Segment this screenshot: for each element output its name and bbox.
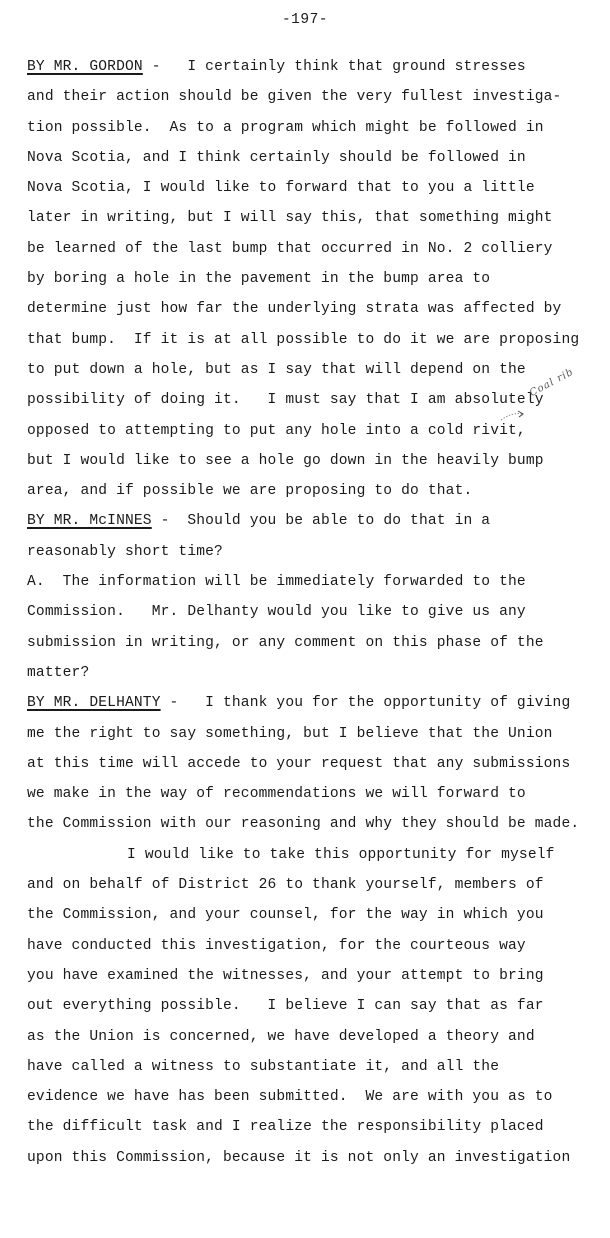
- line-text: that bump. If it is at all possible to d…: [27, 332, 579, 348]
- line-text: be learned of the last bump that occurre…: [27, 241, 553, 257]
- line-text: later in writing, but I will say this, t…: [27, 210, 553, 226]
- line-text: area, and if possible we are proposing t…: [27, 483, 472, 499]
- line-text: possibility of doing it. I must say that…: [27, 392, 544, 408]
- line-text: submission in writing, or any comment on…: [27, 635, 544, 651]
- page-number: -197-: [0, 12, 610, 28]
- transcript-line: we make in the way of recommendations we…: [27, 783, 602, 813]
- line-text: the Commission with our reasoning and wh…: [27, 816, 579, 832]
- transcript-line: opposed to attempting to put any hole in…: [27, 420, 602, 450]
- transcript-line: area, and if possible we are proposing t…: [27, 480, 602, 510]
- transcript-line: later in writing, but I will say this, t…: [27, 207, 602, 237]
- transcript-line: and their action should be given the ver…: [27, 86, 602, 116]
- line-text: Nova Scotia, I would like to forward tha…: [27, 180, 535, 196]
- line-text: opposed to attempting to put any hole in…: [27, 423, 526, 439]
- line-text: as the Union is concerned, we have devel…: [27, 1029, 535, 1045]
- transcript-line: A. The information will be immediately f…: [27, 571, 602, 601]
- transcript-line: Nova Scotia, and I think certainly shoul…: [27, 147, 602, 177]
- line-text: we make in the way of recommendations we…: [27, 786, 526, 802]
- transcript-line: and on behalf of District 26 to thank yo…: [27, 874, 602, 904]
- line-text: reasonably short time?: [27, 544, 223, 560]
- line-text: Nova Scotia, and I think certainly shoul…: [27, 150, 526, 166]
- transcript-line: I would like to take this opportunity fo…: [27, 844, 602, 874]
- line-text: to put down a hole, but as I say that wi…: [27, 362, 526, 378]
- speaker-label: BY MR. McINNES: [27, 513, 152, 529]
- transcript-line: me the right to say something, but I bel…: [27, 723, 602, 753]
- document-page: -197- BY MR. GORDON - I certainly think …: [0, 0, 610, 1238]
- line-text: at this time will accede to your request…: [27, 756, 570, 772]
- transcript-line: matter?: [27, 662, 602, 692]
- transcript-line: Commission. Mr. Delhanty would you like …: [27, 601, 602, 631]
- line-text: have conducted this investigation, for t…: [27, 938, 526, 954]
- transcript-line: upon this Commission, because it is not …: [27, 1147, 602, 1177]
- line-text: - I thank you for the opportunity of giv…: [161, 695, 571, 711]
- transcript-line: the Commission with our reasoning and wh…: [27, 813, 602, 843]
- transcript-line: as the Union is concerned, we have devel…: [27, 1026, 602, 1056]
- line-text: tion possible. As to a program which mig…: [27, 120, 544, 136]
- line-text: you have examined the witnesses, and you…: [27, 968, 544, 984]
- transcript-line: have conducted this investigation, for t…: [27, 935, 602, 965]
- speaker-label: BY MR. GORDON: [27, 59, 143, 75]
- line-text: but I would like to see a hole go down i…: [27, 453, 544, 469]
- line-text: upon this Commission, because it is not …: [27, 1150, 570, 1166]
- transcript-line: BY MR. GORDON - I certainly think that g…: [27, 56, 602, 86]
- line-text: the difficult task and I realize the res…: [27, 1119, 544, 1135]
- transcript-line: by boring a hole in the pavement in the …: [27, 268, 602, 298]
- transcript-line: submission in writing, or any comment on…: [27, 632, 602, 662]
- transcript-line: reasonably short time?: [27, 541, 602, 571]
- transcript-line: evidence we have has been submitted. We …: [27, 1086, 602, 1116]
- line-text: - Should you be able to do that in a: [152, 513, 491, 529]
- transcript-line: BY MR. McINNES - Should you be able to d…: [27, 510, 602, 540]
- transcript-line: at this time will accede to your request…: [27, 753, 602, 783]
- line-text: evidence we have has been submitted. We …: [27, 1089, 553, 1105]
- line-text: have called a witness to substantiate it…: [27, 1059, 499, 1075]
- transcript-line: out everything possible. I believe I can…: [27, 995, 602, 1025]
- line-text: and their action should be given the ver…: [27, 89, 561, 105]
- transcript-line: have called a witness to substantiate it…: [27, 1056, 602, 1086]
- line-text: by boring a hole in the pavement in the …: [27, 271, 490, 287]
- line-text: - I certainly think that ground stresses: [143, 59, 526, 75]
- line-text: Commission. Mr. Delhanty would you like …: [27, 604, 526, 620]
- transcript-line: that bump. If it is at all possible to d…: [27, 329, 602, 359]
- transcript-line: tion possible. As to a program which mig…: [27, 117, 602, 147]
- transcript-line: you have examined the witnesses, and you…: [27, 965, 602, 995]
- transcript-line: BY MR. DELHANTY - I thank you for the op…: [27, 692, 602, 722]
- transcript-line: Nova Scotia, I would like to forward tha…: [27, 177, 602, 207]
- transcript-line: be learned of the last bump that occurre…: [27, 238, 602, 268]
- transcript-line: determine just how far the underlying st…: [27, 298, 602, 328]
- line-text: the Commission, and your counsel, for th…: [27, 907, 544, 923]
- speaker-label: BY MR. DELHANTY: [27, 695, 161, 711]
- transcript-line: but I would like to see a hole go down i…: [27, 450, 602, 480]
- line-text: out everything possible. I believe I can…: [27, 998, 544, 1014]
- line-text: I would like to take this opportunity fo…: [127, 847, 555, 863]
- transcript-line: to put down a hole, but as I say that wi…: [27, 359, 602, 389]
- transcript-line: the difficult task and I realize the res…: [27, 1116, 602, 1146]
- line-text: matter?: [27, 665, 89, 681]
- transcript-body: BY MR. GORDON - I certainly think that g…: [27, 56, 602, 1177]
- line-text: A. The information will be immediately f…: [27, 574, 526, 590]
- line-text: and on behalf of District 26 to thank yo…: [27, 877, 544, 893]
- transcript-line: the Commission, and your counsel, for th…: [27, 904, 602, 934]
- line-text: determine just how far the underlying st…: [27, 301, 561, 317]
- handwritten-arrow-icon: [500, 408, 526, 422]
- line-text: me the right to say something, but I bel…: [27, 726, 553, 742]
